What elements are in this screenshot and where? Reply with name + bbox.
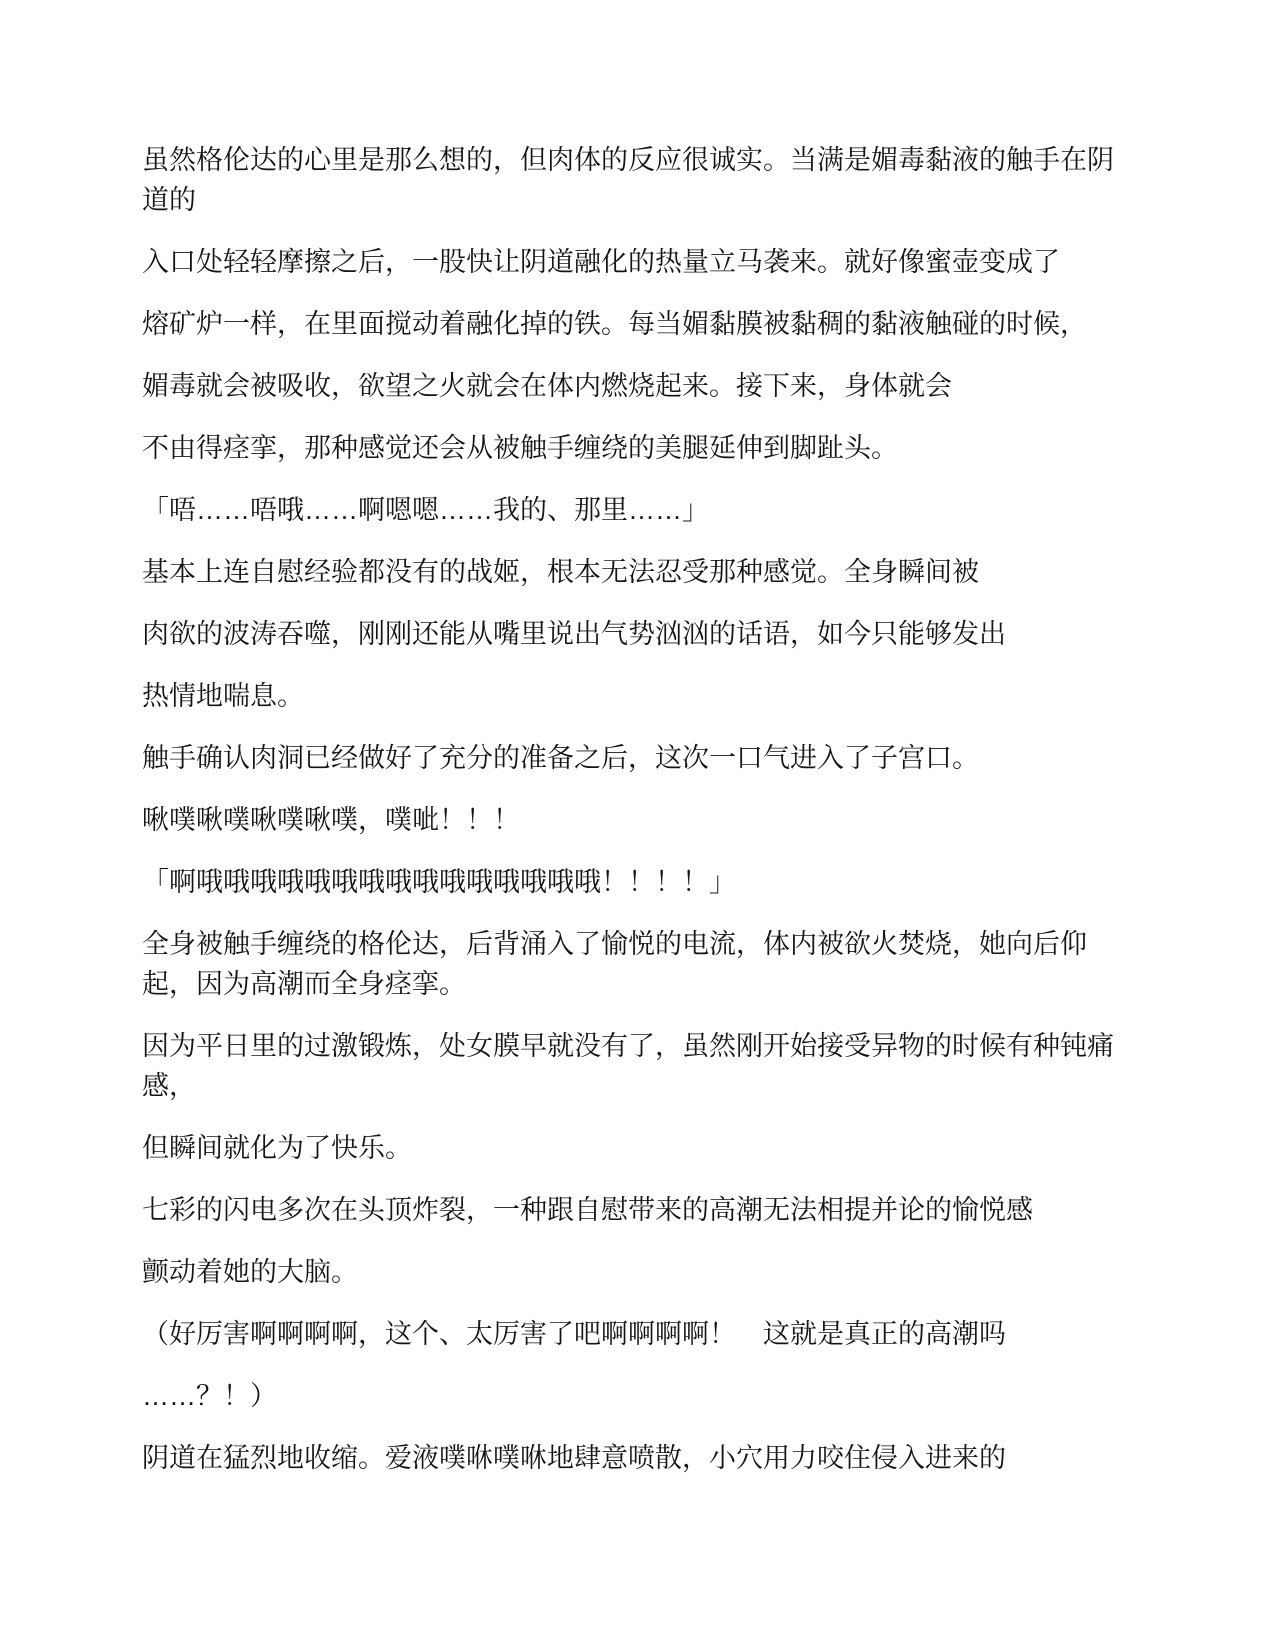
paragraph: 媚毒就会被吸收，欲望之火就会在体内燃烧起来。接下来，身体就会	[142, 366, 1132, 406]
paragraph: 阴道在猛烈地收缩。爱液噗咻噗咻地肆意喷散，小穴用力咬住侵入进来的	[142, 1438, 1132, 1478]
paragraph: 熔矿炉一样，在里面搅动着融化掉的铁。每当媚黏膜被黏稠的黏液触碰的时候，	[142, 304, 1132, 344]
paragraph: 入口处轻轻摩擦之后，一股快让阴道融化的热量立马袭来。就好像蜜壶变成了	[142, 242, 1132, 282]
paragraph: 「啊哦哦哦哦哦哦哦哦哦哦哦哦哦哦哦！！！！」	[142, 862, 1132, 902]
paragraph: 热情地喘息。	[142, 676, 1132, 716]
text-content: 虽然格伦达的心里是那么想的，但肉体的反应很诚实。当满是媚毒黏液的触手在阴道的入口…	[142, 140, 1132, 1500]
document-page: 虽然格伦达的心里是那么想的，但肉体的反应很诚实。当满是媚毒黏液的触手在阴道的入口…	[0, 0, 1275, 1650]
paragraph: 啾噗啾噗啾噗啾噗，噗呲！！！	[142, 800, 1132, 840]
paragraph: 「唔……唔哦……啊嗯嗯……我的、那里……」	[142, 490, 1132, 530]
paragraph: 触手确认肉洞已经做好了充分的准备之后，这次一口气进入了子宫口。	[142, 738, 1132, 778]
paragraph: （好厉害啊啊啊啊，这个、太厉害了吧啊啊啊啊！ 这就是真正的高潮吗	[142, 1314, 1132, 1354]
paragraph: 全身被触手缠绕的格伦达，后背涌入了愉悦的电流，体内被欲火焚烧，她向后仰起，因为高…	[142, 924, 1132, 1004]
paragraph: 基本上连自慰经验都没有的战姬，根本无法忍受那种感觉。全身瞬间被	[142, 552, 1132, 592]
paragraph: 因为平日里的过激锻炼，处女膜早就没有了，虽然刚开始接受异物的时候有种钝痛感，	[142, 1026, 1132, 1106]
paragraph: 不由得痉挛，那种感觉还会从被触手缠绕的美腿延伸到脚趾头。	[142, 428, 1132, 468]
paragraph: 肉欲的波涛吞噬，刚刚还能从嘴里说出气势汹汹的话语，如今只能够发出	[142, 614, 1132, 654]
paragraph: 七彩的闪电多次在头顶炸裂，一种跟自慰带来的高潮无法相提并论的愉悦感	[142, 1190, 1132, 1230]
paragraph: 虽然格伦达的心里是那么想的，但肉体的反应很诚实。当满是媚毒黏液的触手在阴道的	[142, 140, 1132, 220]
paragraph: ……？！）	[142, 1376, 1132, 1416]
paragraph: 颤动着她的大脑。	[142, 1252, 1132, 1292]
paragraph: 但瞬间就化为了快乐。	[142, 1128, 1132, 1168]
